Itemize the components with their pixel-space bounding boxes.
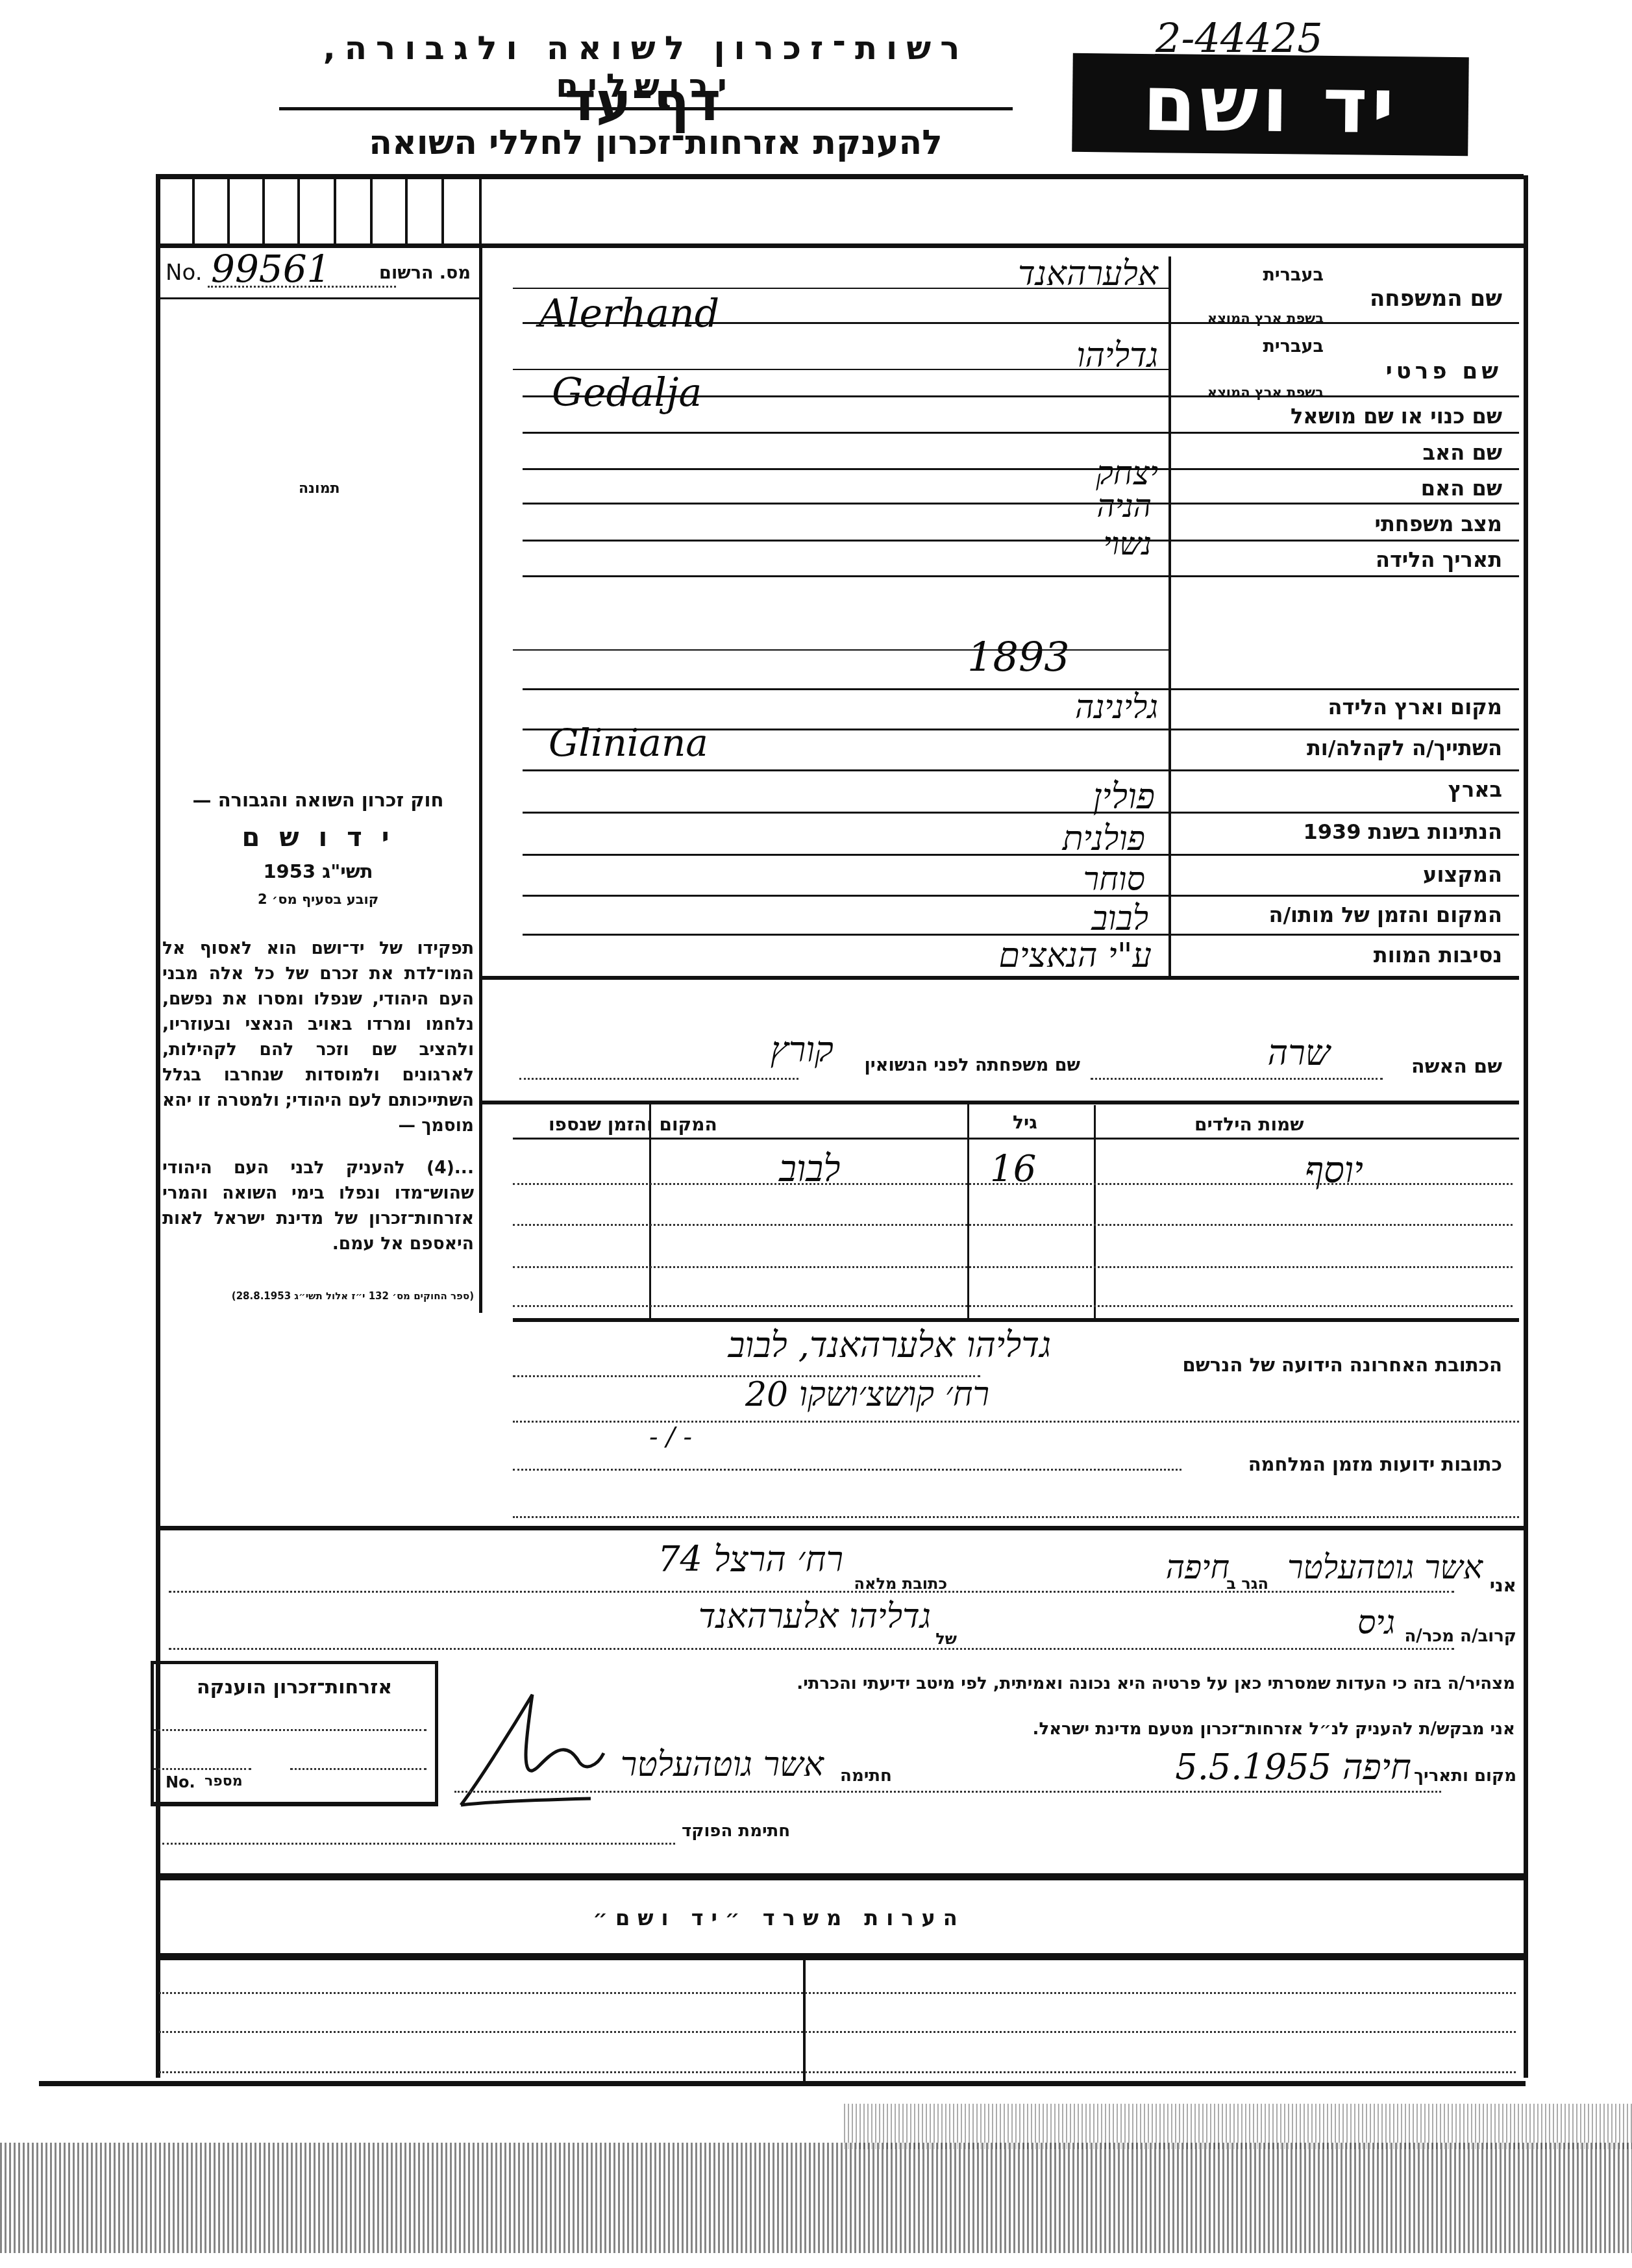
officer-signature-label: חתימת הפוקד — [682, 1821, 790, 1841]
alias-label: שם כנוי או שם מושאל — [1291, 404, 1502, 429]
law-year: תשי"ג 1953 — [162, 860, 474, 882]
country-value[interactable]: פולין — [1093, 776, 1155, 817]
family-name-sub-hebrew: בעברית — [1263, 265, 1324, 285]
death-circumstances-label: נסיבות המוות — [1374, 943, 1502, 967]
place-date-label: מקום ותאריך — [1414, 1766, 1516, 1786]
first-name-label: שם פרטי — [1386, 358, 1502, 384]
relation-value[interactable]: גיס — [1357, 1604, 1395, 1641]
father-name-value[interactable]: יצחק — [1096, 455, 1158, 492]
profession-label: המקצוע — [1423, 862, 1502, 887]
birthplace-value[interactable]: גלינינה — [1075, 688, 1158, 726]
family-name-native-value[interactable]: Alerhand — [539, 291, 719, 336]
law-excerpt: חוק זכרון השואה והגבורה — י ד ו ש ם תשי"… — [162, 789, 474, 1302]
place-date-value[interactable]: חיפה 5.5.1955 — [1175, 1747, 1411, 1788]
family-name-sub-native: בשפת ארץ המוצא — [1207, 310, 1324, 326]
last-address-line1[interactable]: גדליהו אלערהאנד, לבוב — [728, 1325, 1051, 1365]
photo-label: תמונה — [299, 480, 340, 497]
scan-artifact — [0, 2143, 1632, 2253]
first-name-native-value[interactable]: Gedalja — [552, 370, 702, 416]
citizenship-1939-value[interactable]: פולנית — [1063, 819, 1145, 858]
maiden-name-label: שם משפחתה לפני הנשואין — [865, 1055, 1080, 1075]
children-col-divider-2 — [1094, 1105, 1096, 1318]
wife-name-label: שם האשה — [1411, 1055, 1502, 1078]
registration-label-en: No. — [166, 260, 202, 286]
frame-top-rule — [156, 174, 1524, 179]
marital-status-value[interactable]: נשוי — [1104, 526, 1152, 562]
death-place-time-value[interactable]: לבוב — [1091, 899, 1148, 938]
logo-text: יד ושם — [1143, 58, 1399, 151]
maiden-name-value[interactable]: קורץ — [771, 1029, 834, 1070]
community-value[interactable]: Gliniana — [549, 721, 708, 765]
law-section: קובע בסעיף מס׳ 2 — [162, 891, 474, 907]
granted-citizenship-box: אזרחות־זכרון הוענקה No. מספר — [151, 1661, 438, 1806]
birth-date-label: תאריך הלידה — [1376, 547, 1502, 572]
family-name-label: שם המשפחה — [1370, 286, 1502, 312]
death-circumstances-value[interactable]: ע"י הנאצים — [999, 936, 1152, 975]
first-name-sub-hebrew: בעברית — [1263, 336, 1324, 356]
wartime-address-label: כתובות ידועות מזמן המלחמה — [1248, 1453, 1502, 1475]
signature-label: חתימה — [840, 1766, 892, 1786]
mother-name-value[interactable]: הניה — [1097, 488, 1152, 525]
strip-bottom-rule — [156, 243, 1524, 248]
mother-name-label: שם האם — [1421, 476, 1502, 501]
last-address-line3: - / - — [649, 1422, 692, 1452]
resident-label: הגר ב — [1226, 1575, 1268, 1593]
children-header-age: גיל — [1013, 1112, 1037, 1133]
country-label: בארץ — [1448, 777, 1502, 802]
law-title: חוק זכרון השואה והגבורה — — [162, 789, 474, 811]
request-text: אני מבקש/ת להעניק לנ״ל אזרחות־זכרון מטעם… — [1033, 1719, 1515, 1739]
left-column-divider — [479, 248, 482, 1313]
of-name[interactable]: גדליהו אלערהאנד — [699, 1597, 931, 1636]
birth-date-value[interactable]: 1893 — [967, 633, 1070, 680]
form-subtitle: להענקת אזרחות־זכרון לחללי השואה — [364, 123, 948, 162]
wife-name-value[interactable]: שרה — [1268, 1032, 1330, 1073]
birthplace-label: מקום וארץ הלידה — [1328, 695, 1502, 719]
registration-number[interactable]: 99561 — [211, 247, 331, 291]
profession-value[interactable]: סוחר — [1083, 860, 1145, 898]
of-label: של — [935, 1630, 957, 1648]
declarant-name[interactable]: אשר גוטהעלטר — [1287, 1549, 1483, 1586]
relation-label: קרוב/ה מכר/ה — [1404, 1626, 1516, 1646]
declaration-text: מצהיר/ה בזה כי העדות שמסרתי כאן על פרטיה… — [797, 1674, 1515, 1693]
signature-name[interactable]: אשר גוטהעלטר — [621, 1745, 824, 1784]
granted-box-number-he: מספר — [204, 1773, 243, 1789]
law-paragraph-1: תפקידו של יד־ושם הוא לאסוף אל המו־לדת את… — [162, 936, 474, 1138]
full-address-label: כתובת מלאה — [854, 1575, 947, 1593]
marital-status-label: מצב משפחתי — [1375, 512, 1502, 536]
citizenship-1939-label: הנתינות בשנת 1939 — [1303, 819, 1502, 844]
children-header-names: שמות הילדים — [1194, 1114, 1304, 1135]
registration-label-he: מס. הרשום — [389, 263, 471, 283]
yad-vashem-logo: יד ושם — [1072, 53, 1469, 156]
first-name-sub-native: בשפת ארץ המוצא — [1207, 384, 1324, 400]
last-address-label: הכתובת האחרונה הידועה של הנרשם — [1183, 1354, 1502, 1376]
children-header-place: המקום והזמן שנספו — [549, 1114, 717, 1135]
father-name-label: שם האב — [1423, 440, 1502, 465]
remarks-title: הערות משרד ״יד ושם״ — [571, 1906, 987, 1930]
community-label: השתייך/ה לקהלה/ות — [1307, 736, 1502, 760]
declarant-i-label: אני — [1490, 1575, 1516, 1596]
first-name-hebrew-value[interactable]: גדליהו — [1076, 336, 1158, 375]
declarant-city[interactable]: חיפה — [1166, 1549, 1230, 1586]
declarant-full-address[interactable]: רח׳ הרצל 74 — [658, 1539, 843, 1580]
granted-box-title: אזרחות־זכרון הוענקה — [154, 1676, 435, 1699]
death-place-time-label: המקום והזמן של מותו/ה — [1268, 903, 1502, 927]
law-citation: (ספר החוקים מס׳ 132 י״ז אלול תשי״ג 28.8.… — [162, 1290, 474, 1302]
family-name-hebrew-value[interactable]: אלערהאנד — [1018, 255, 1158, 293]
signature-scribble-icon — [441, 1688, 610, 1818]
law-name: י ד ו ש ם — [162, 823, 474, 853]
child-name[interactable]: יוסף — [1305, 1149, 1363, 1191]
granted-box-number-en: No. — [166, 1773, 195, 1791]
law-paragraph-2: ...(4) להעניק לבני העם היהודי שהוש־מדו ו… — [162, 1155, 474, 1256]
children-col-divider-1 — [967, 1103, 969, 1318]
label-column-divider — [1168, 256, 1171, 977]
last-address-line2[interactable]: רח׳ קושצ׳ושקו 20 — [745, 1375, 989, 1414]
